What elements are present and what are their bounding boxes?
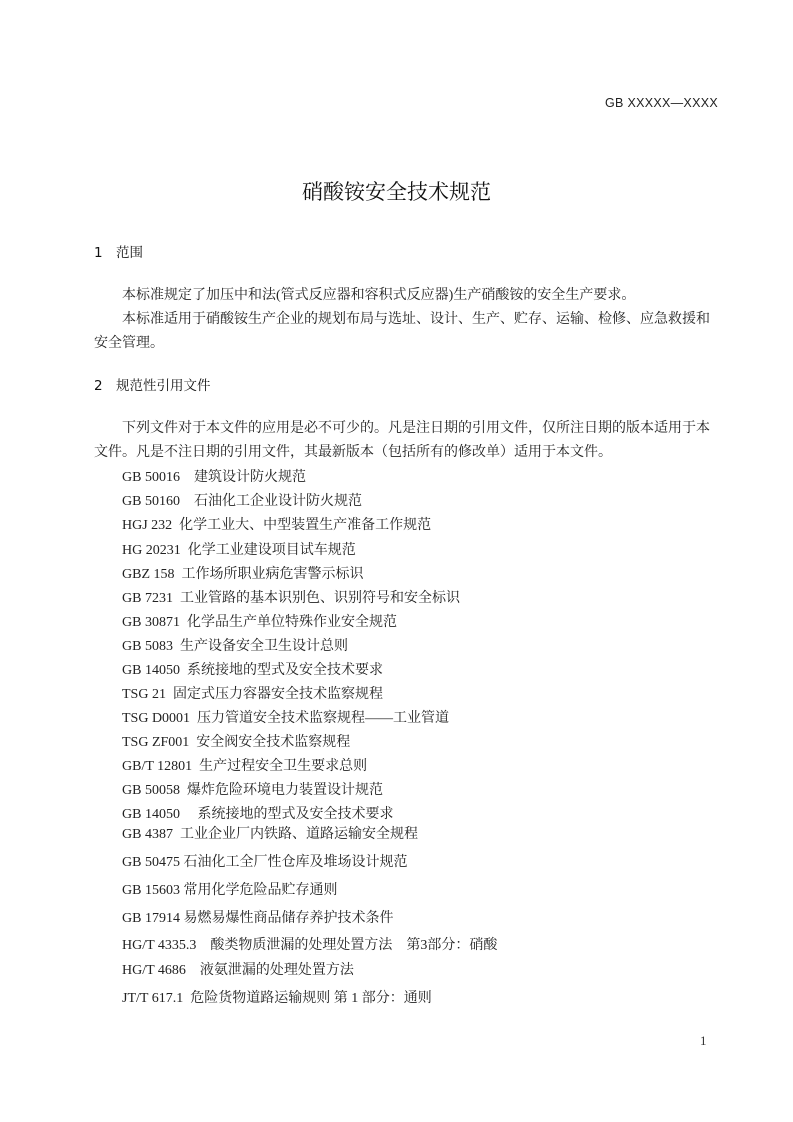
reference-item: GB 4387 工业企业厂内铁路、道路运输安全规程	[122, 823, 418, 843]
reference-item: GB 7231 工业管路的基本识别色、识别符号和安全标识	[122, 587, 460, 607]
reference-item: GB 15603 常用化学危险品贮存通则	[122, 879, 337, 899]
section-heading-normative-references: 2规范性引用文件	[94, 374, 211, 394]
reference-item: HG/T 4335.3 酸类物质泄漏的处理处置方法 第3部分：硝酸	[122, 934, 497, 954]
section-title: 范围	[116, 245, 143, 261]
standard-code: GB XXXXX—XXXX	[605, 96, 718, 110]
scope-paragraph-2: 本标准适用于硝酸铵生产企业的规划布局与选址、设计、生产、贮存、运输、检修、应急救…	[94, 308, 719, 356]
reference-item: HGJ 232 化学工业大、中型装置生产准备工作规范	[122, 514, 431, 534]
reference-item: GB/T 12801 生产过程安全卫生要求总则	[122, 755, 367, 775]
reference-item: TSG D0001 压力管道安全技术监察规程——工业管道	[122, 707, 449, 727]
reference-item: GB 50016 建筑设计防火规范	[122, 466, 306, 486]
reference-item: HG 20231 化学工业建设项目试车规范	[122, 539, 356, 559]
section-number: 2	[94, 378, 116, 394]
document-title: 硝酸铵安全技术规范	[0, 176, 793, 206]
reference-item: TSG ZF001 安全阀安全技术监察规程	[122, 731, 350, 751]
reference-item: GB 50475 石油化工全厂性仓库及堆场设计规范	[122, 851, 407, 871]
reference-item: TSG 21 固定式压力容器安全技术监察规程	[122, 683, 383, 703]
reference-item: GB 5083 生产设备安全卫生设计总则	[122, 635, 348, 655]
reference-item: GB 14050 系统接地的型式及安全技术要求	[122, 659, 383, 679]
section-number: 1	[94, 245, 116, 261]
section-title: 规范性引用文件	[116, 378, 211, 394]
scope-paragraph-1: 本标准规定了加压中和法(管式反应器和容积式反应器)生产硝酸铵的安全生产要求。	[94, 284, 719, 308]
reference-item: GB 17914 易燃易爆性商品储存养护技术条件	[122, 907, 393, 927]
references-intro-paragraph: 下列文件对于本文件的应用是必不可少的。凡是注日期的引用文件，仅所注日期的版本适用…	[94, 417, 719, 465]
section-heading-scope: 1范围	[94, 241, 143, 261]
reference-item: GB 50160 石油化工企业设计防火规范	[122, 490, 362, 510]
reference-item: GBZ 158 工作场所职业病危害警示标识	[122, 563, 364, 583]
reference-item: GB 50058 爆炸危险环境电力装置设计规范	[122, 779, 383, 799]
page-number: 1	[700, 1033, 707, 1049]
reference-item: JT/T 617.1 危险货物道路运输规则 第 1 部分：通则	[122, 987, 432, 1007]
reference-item: GB 30871 化学品生产单位特殊作业安全规范	[122, 611, 397, 631]
reference-item: HG/T 4686 液氨泄漏的处理处置方法	[122, 959, 354, 979]
reference-item: GB 14050 系统接地的型式及安全技术要求	[122, 803, 393, 823]
